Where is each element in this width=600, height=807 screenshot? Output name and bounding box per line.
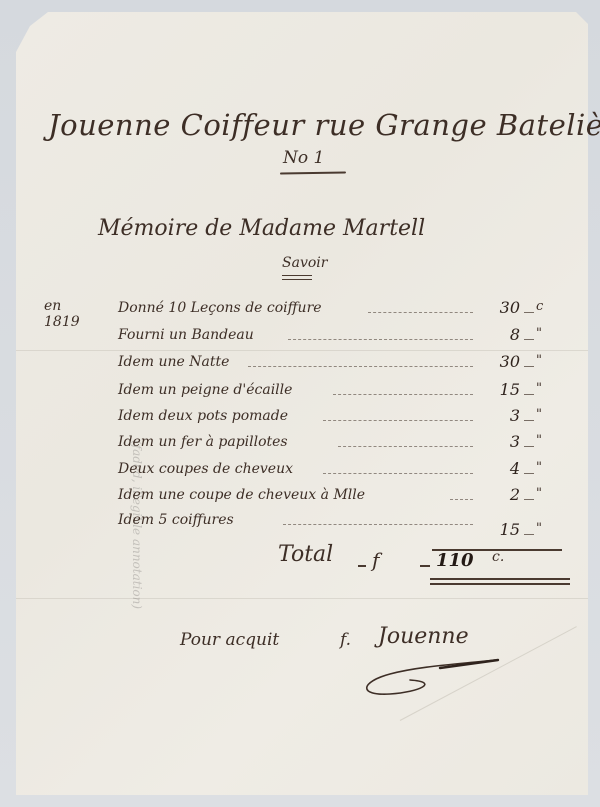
amount-dash — [524, 499, 534, 500]
item-description: Deux coupes de cheveux — [118, 461, 293, 477]
leader-dashes — [323, 420, 473, 422]
line-item: Idem une Natte 30 " — [118, 354, 588, 378]
line-item: Donné 10 Leçons de coiffure 30 c — [118, 300, 588, 324]
signature-flourish-icon — [350, 652, 510, 702]
leader-dashes — [338, 446, 473, 448]
line-item: Idem une coupe de cheveux à Mlle 2 " — [118, 487, 588, 511]
document-number: No 1 — [283, 148, 324, 168]
line-item: Deux coupes de cheveux 4 " — [118, 461, 588, 485]
item-description: Fourni un Bandeau — [118, 327, 254, 343]
item-centimes: " — [536, 433, 542, 448]
item-amount: 30 — [480, 298, 520, 317]
item-description: Donné 10 Leçons de coiffure — [118, 300, 322, 316]
item-description: Idem 5 coiffures — [118, 512, 234, 528]
amount-dash — [524, 420, 534, 421]
amount-dash — [524, 339, 534, 340]
item-centimes: " — [536, 521, 542, 536]
item-amount: 15 — [480, 520, 520, 539]
line-item: Idem deux pots pomade 3 " — [118, 408, 588, 432]
year-note: en 1819 — [44, 298, 80, 330]
line-item: Idem 5 coiffures 15 " — [118, 512, 588, 536]
leader-dashes — [323, 473, 473, 475]
item-description: Idem une coupe de cheveux à Mlle — [118, 487, 365, 503]
item-amount: 15 — [480, 380, 520, 399]
item-amount: 3 — [480, 432, 520, 451]
item-centimes: " — [536, 460, 542, 475]
signoff-symbol: f. — [340, 630, 351, 650]
item-description: Idem deux pots pomade — [118, 408, 288, 424]
item-centimes: " — [536, 407, 542, 422]
total-currency-symbol: f — [372, 548, 379, 572]
item-amount: 30 — [480, 352, 520, 371]
amount-dash — [524, 473, 534, 474]
amount-dash — [524, 394, 534, 395]
leader-dashes — [248, 366, 473, 368]
signature: Jouenne — [378, 624, 469, 649]
invoice-subheading: Mémoire de Madame Martell — [98, 216, 425, 241]
line-item: Idem un fer à papillotes 3 " — [118, 434, 588, 458]
leader-dashes — [333, 394, 473, 396]
paper-fold-line — [16, 598, 588, 599]
item-centimes: " — [536, 353, 542, 368]
item-amount: 4 — [480, 459, 520, 478]
total-double-rule — [430, 583, 570, 585]
item-centimes: " — [536, 326, 542, 341]
item-centimes: " — [536, 381, 542, 396]
item-centimes: c — [536, 299, 543, 314]
savoir-label: Savoir — [282, 255, 327, 271]
item-description: Idem un fer à papillotes — [118, 434, 288, 450]
total-unit: c. — [492, 549, 504, 565]
leader-dashes — [368, 312, 473, 314]
amount-dash — [524, 534, 534, 535]
leader-dashes — [288, 339, 473, 341]
document-title: Jouenne Coiffeur rue Grange Batelière — [48, 108, 600, 142]
total-double-rule — [430, 578, 570, 580]
savoir-underline — [282, 279, 312, 280]
line-item: Fourni un Bandeau 8 " — [118, 327, 588, 351]
total-value: 110 — [436, 550, 474, 571]
total-dash — [358, 565, 366, 567]
item-amount: 2 — [480, 485, 520, 504]
item-description: Idem un peigne d'écaille — [118, 382, 292, 398]
amount-dash — [524, 366, 534, 367]
amount-dash — [524, 312, 534, 313]
savoir-underline — [282, 275, 312, 276]
total-dash — [420, 565, 430, 567]
leader-dashes — [450, 499, 473, 501]
item-amount: 8 — [480, 325, 520, 344]
total-label: Total — [278, 542, 333, 567]
item-centimes: " — [536, 486, 542, 501]
amount-dash — [524, 446, 534, 447]
item-description: Idem une Natte — [118, 354, 229, 370]
line-item: Idem un peigne d'écaille 15 " — [118, 382, 588, 406]
signoff-text: Pour acquit — [180, 630, 279, 650]
item-amount: 3 — [480, 406, 520, 425]
leader-dashes — [283, 524, 473, 526]
